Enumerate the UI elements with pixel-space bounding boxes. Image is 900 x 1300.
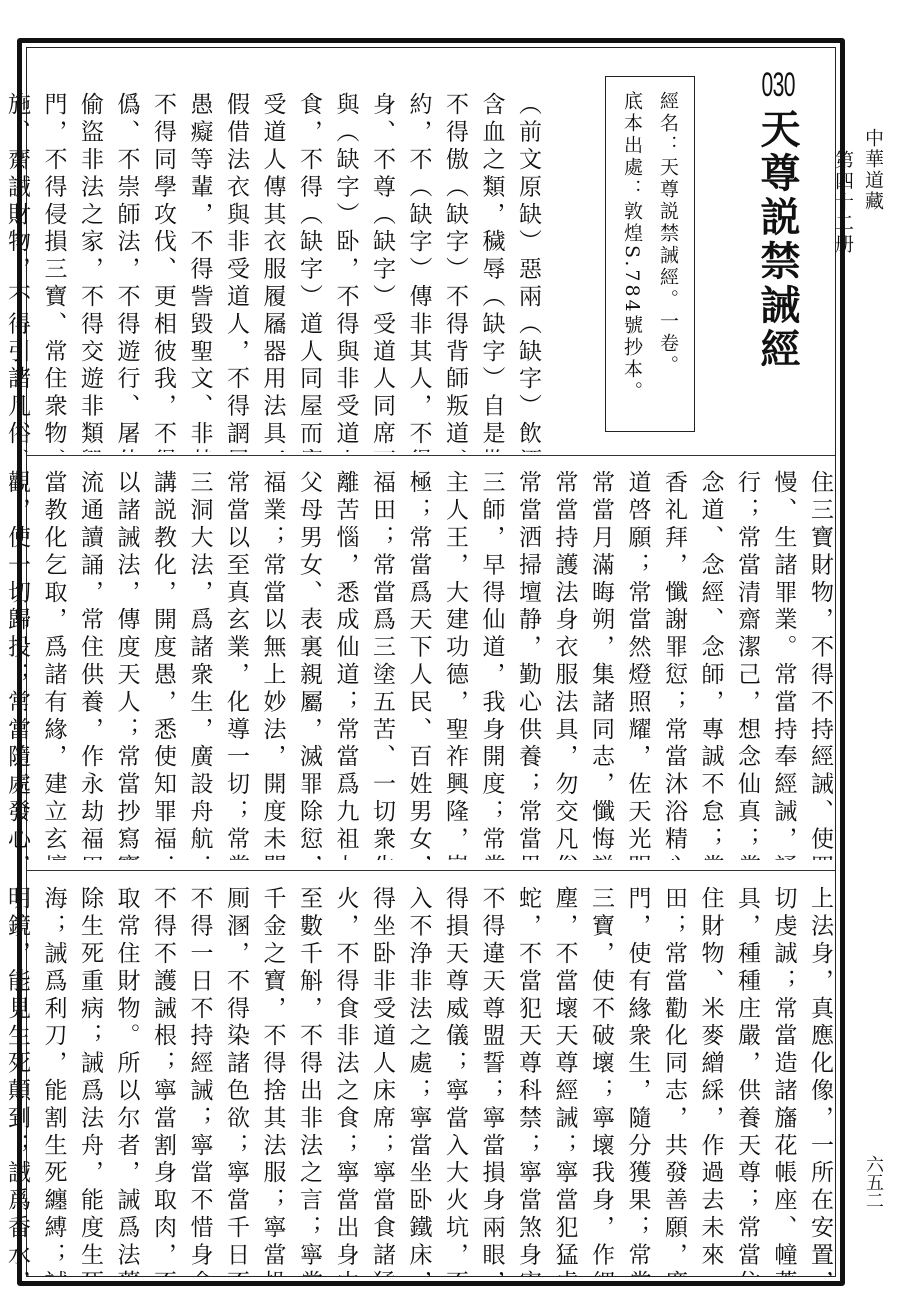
text-column: 厠溷，不得染諸色欲；寧當千日不食， (218, 886, 255, 1276)
text-column: 香礼拜，懺謝罪愆；常當沐浴精心，行 (656, 470, 693, 860)
text-column: 施、齋誡財物，不得引諸凡俗、費耗常 (0, 92, 35, 452)
text-column: 明鏡，能見生死顛到；誡爲香水，能洗 (0, 886, 35, 1276)
running-header: 中華道藏 第四十二册 (858, 128, 888, 255)
text-column: 常當持護法身衣服法具，勿交凡俗； (546, 470, 583, 860)
text-column: 三洞大法，爲諸衆生，廣設舟航；常當 (181, 470, 218, 860)
text-column: 福田；常當爲三塗五苦、一切衆生，咸 (364, 470, 401, 860)
text-column: 不得一日不持經誡；寧當不惜身命， (181, 886, 218, 1276)
text-column: 常當月滿晦朔，集諸同志，懺悔説誡； (583, 470, 620, 860)
text-column: 以諸誡法，傳度天人；常當抄寫寶經， (108, 470, 145, 860)
text-column: 念道、念經、念師，專誠不怠；常當燒 (692, 470, 729, 860)
text-column: 得坐卧非受道人床席；寧當食諸猛 (364, 886, 401, 1276)
register-divider-bottom (27, 870, 835, 871)
text-column: 受道人傳其衣服履屩器用法具，不得 (254, 92, 291, 452)
text-column: （前文原缺）惡兩（缺字）飲酒啖肉 (510, 92, 547, 452)
text-column: 除生死重病；誡爲法舟，能度生死苦 (72, 886, 109, 1276)
collection-name: 中華道藏 (862, 128, 884, 212)
text-column: 約，不（缺字）傳非其人，不得汙辱法 (400, 92, 437, 452)
text-column: 僞、不崇師法，不得遊行、屠估、淫欲、 (108, 92, 145, 452)
text-column: 觀，使一切歸投；常當隨處發心，造無 (0, 470, 35, 860)
text-column: 流通讀誦，常住供養，作永劫福田；常 (72, 470, 109, 860)
text-column: 蛇，不當犯天尊科禁；寧當煞身害命， (510, 886, 547, 1276)
bibliographic-info-box: 經名：天尊説禁誡經。一卷。 底本出處：敦煌S.784號抄本。 (605, 76, 695, 432)
text-column: 上法身，真應化像，一所在安置，作一 (802, 886, 839, 1276)
text-column: 福業；常當以無上妙法，開度未聞； (254, 470, 291, 860)
text-column: 當教化乞取，爲諸有緣，建立玄壇靈 (35, 470, 72, 860)
register-divider-top (27, 455, 835, 456)
text-column: 含血之類，穢辱（缺字）自是欺忽四輩， (473, 92, 510, 452)
text-register-middle: 住三寶財物，不得不持經誡、使四輩輕 慢、生諸罪業。常當持奉經誡，誦習修 行；常當… (0, 470, 838, 862)
text-column: 假借法衣與非受道人，不得誷冒凡俗、 (218, 92, 255, 452)
text-column: 主人王，大建功德，聖祚興隆，巍巍無 (437, 470, 474, 860)
text-register-bottom: 上法身，真應化像，一所在安置，作一 切虔誠；常當造諸旛花帳座、幢蓋法 具，種種庄… (0, 886, 838, 1278)
text-column: 至數千斛，不得出非法之言；寧當棄 (291, 886, 328, 1276)
text-column: 慢、生諸罪業。常當持奉經誡，誦習修 (765, 470, 802, 860)
text-column: 千金之寶，不得捨其法服；寧當投諸 (254, 886, 291, 1276)
text-column: 不得違天尊盟誓；寧當損身兩眼，不 (473, 886, 510, 1276)
text-column: 不得同學攻伐、更相彼我，不得弃真就 (145, 92, 182, 452)
text-column: 塵，不當壞天尊經誡；寧當犯猛虎毒 (546, 886, 583, 1276)
text-column: 常當以至真玄業，化導一切；常當以 (218, 470, 255, 860)
text-column: 門，不得侵損三寶、常住衆物、四輩信 (35, 92, 72, 452)
text-column: 離苦惱，悉成仙道；常當爲九祖七玄、 (327, 470, 364, 860)
text-column: 三師，早得仙道，我身開度；常當爲國 (473, 470, 510, 860)
text-column: 與（缺字）卧，不得與非受道人同盤而 (327, 92, 364, 452)
source-line: 底本出處：敦煌S.784號抄本。 (614, 91, 650, 431)
text-column: 火，不得食非法之食；寧當出身中血 (327, 886, 364, 1276)
text-column: 偷盜非法之家，不得交遊非類毀道之 (72, 92, 109, 452)
text-column: 具，種種庄嚴，供養天尊；常當住持常 (729, 886, 766, 1276)
text-column: 行；常當清齋潔己，想念仙真；常當 (729, 470, 766, 860)
volume-label: 第四十二册 (832, 150, 854, 255)
page-number: 六五二 (858, 1155, 888, 1209)
text-column: 父母男女、表裏親屬，滅罪除愆，造諸 (291, 470, 328, 860)
text-column: 門，使有緣衆生，隨分獲果；常當住持 (619, 886, 656, 1276)
text-column: 得損天尊威儀；寧當入大火坑，不得 (437, 886, 474, 1276)
text-column: 食，不得（缺字）道人同屋而寢，不得非 (291, 92, 328, 452)
text-column: 住財物、米麥繒綵，作過去未來一切福 (692, 886, 729, 1276)
text-column: 講説教化，開度愚，悉使知罪福；常當 (145, 470, 182, 860)
scripture-number: 030 (762, 66, 793, 105)
text-column: 田；常當勸化同志，共發善願，廣立法 (656, 886, 693, 1276)
text-column: 極；常當爲天下人民、百姓男女，作諸 (400, 470, 437, 860)
text-column: 住三寶財物，不得不持經誡、使四輩輕 (802, 470, 839, 860)
text-column: 不得不護誡根；寧當割身取肉，不得 (145, 886, 182, 1276)
text-column: 三寶，使不破壞；寧壞我身，作細微 (583, 886, 620, 1276)
scripture-title: 天尊説禁誡經 (752, 108, 802, 372)
text-column: 入不浄非法之處；寧當坐卧鐵床，不 (400, 886, 437, 1276)
text-column: 海；誡爲利刀，能割生死纏縛；誡爲 (35, 886, 72, 1276)
scripture-name-line: 經名：天尊説禁誡經。一卷。 (650, 91, 686, 431)
text-column: 切虔誠；常當造諸旛花帳座、幢蓋法 (765, 886, 802, 1276)
text-column: 不得傲（缺字）不得背師叛道、違盟犯 (437, 92, 474, 452)
text-column: 取常住財物。所以尔者，誡爲法藥，能 (108, 886, 145, 1276)
text-column: 身、不尊（缺字）受道人同席而坐，不得 (364, 92, 401, 452)
text-column: 愚癡等輩，不得訾毀聖文、非其異學， (181, 92, 218, 452)
text-column: 常當洒掃壇静，勤心供養；常當思念 (510, 470, 547, 860)
text-register-top: （前文原缺）惡兩（缺字）飲酒啖肉 含血之類，穢辱（缺字）自是欺忽四輩， 不得傲（… (0, 92, 546, 452)
text-column: 道啓願；常當然燈照耀，佐天光明； (619, 470, 656, 860)
